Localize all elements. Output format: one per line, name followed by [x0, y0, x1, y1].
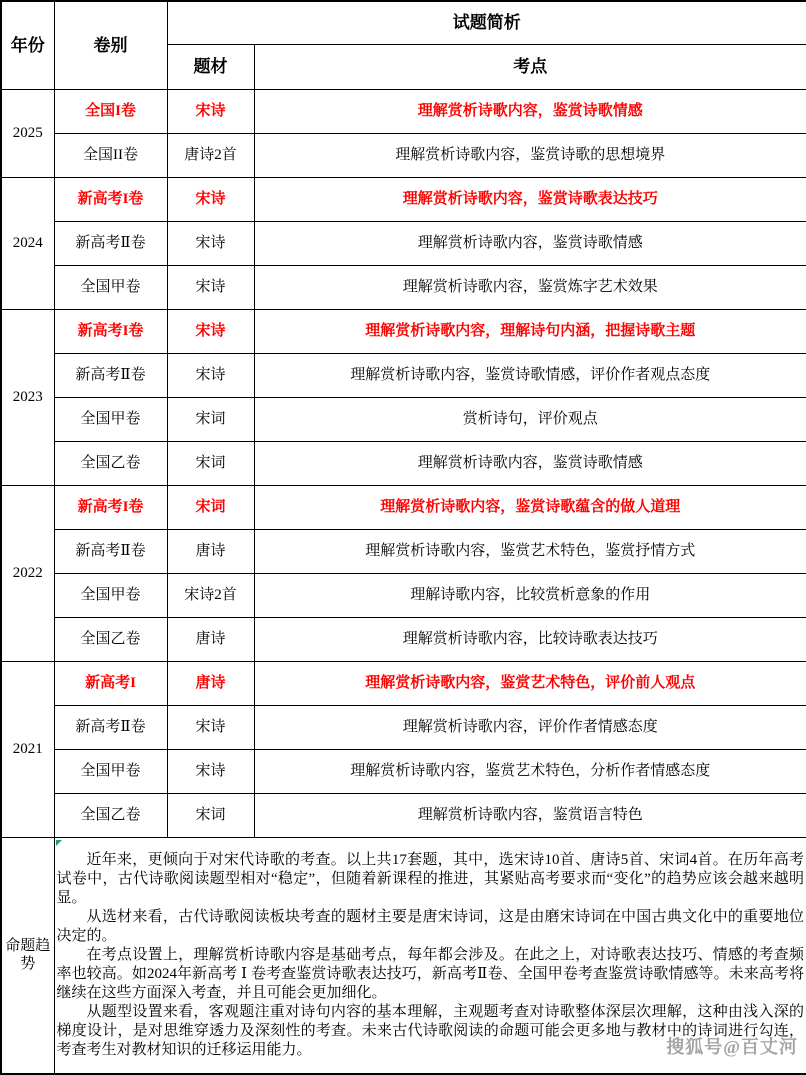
points-cell: 理解诗歌内容，比较赏析意象的作用 [254, 573, 806, 617]
points-cell: 理解赏析诗歌内容，理解诗句内涵，把握诗歌主题 [254, 309, 806, 353]
paper-cell: 全国乙卷 [54, 617, 167, 661]
trend-label-cell: 命题趋势 [1, 837, 54, 1074]
points-cell: 理解赏析诗歌内容，鉴赏诗歌情感 [254, 89, 806, 133]
points-cell: 理解赏析诗歌内容，鉴赏语言特色 [254, 793, 806, 837]
table-row: 新高考Ⅱ卷 宋诗 理解赏析诗歌内容，鉴赏诗歌情感，评价作者观点态度 [1, 353, 806, 397]
table-row: 新高考Ⅱ卷 宋诗 理解赏析诗歌内容，鉴赏诗歌情感 [1, 221, 806, 265]
paper-cell: 全国乙卷 [54, 793, 167, 837]
table-row: 全国乙卷 宋词 理解赏析诗歌内容，鉴赏诗歌情感 [1, 441, 806, 485]
subject-cell: 宋诗 [167, 265, 254, 309]
points-cell: 理解赏析诗歌内容，鉴赏诗歌蕴含的做人道理 [254, 485, 806, 529]
trend-paragraph: 近年来，更倾向于对宋代诗歌的考查。以上共17套题，其中，选宋诗10首、唐诗5首、… [57, 851, 805, 908]
subject-cell: 宋诗2首 [167, 573, 254, 617]
header-analysis-cell: 试题简析 [167, 1, 806, 44]
paper-cell: 新高考Ⅱ卷 [54, 353, 167, 397]
trend-paragraph: 从选材来看，古代诗歌阅读板块考查的题材主要是唐宋诗词，这是由磨宋诗词在中国古典文… [57, 908, 805, 946]
table-row: 全国甲卷 宋诗2首 理解诗歌内容，比较赏析意象的作用 [1, 573, 806, 617]
green-triangle-icon [56, 840, 62, 846]
paper-cell: 新高考I卷 [54, 177, 167, 221]
table-row: 新高考Ⅱ卷 宋诗 理解赏析诗歌内容，评价作者情感态度 [1, 705, 806, 749]
year-cell: 2023 [1, 309, 54, 485]
watermark: 搜狐号@百丈河 [666, 1033, 798, 1059]
points-cell: 理解赏析诗歌内容，鉴赏炼字艺术效果 [254, 265, 806, 309]
paper-cell: 新高考I卷 [54, 485, 167, 529]
header-subject-cell: 题材 [167, 44, 254, 89]
paper-cell: 新高考Ⅱ卷 [54, 221, 167, 265]
points-cell: 理解赏析诗歌内容，鉴赏诗歌情感，评价作者观点态度 [254, 353, 806, 397]
table-row: 2025 全国I卷 宋诗 理解赏析诗歌内容，鉴赏诗歌情感 [1, 89, 806, 133]
header-paper-cell: 卷别 [54, 1, 167, 89]
paper-cell: 全国乙卷 [54, 441, 167, 485]
table-row: 2022 新高考I卷 宋词 理解赏析诗歌内容，鉴赏诗歌蕴含的做人道理 [1, 485, 806, 529]
points-cell: 理解赏析诗歌内容，鉴赏艺术特色，鉴赏抒情方式 [254, 529, 806, 573]
paper-cell: 全国甲卷 [54, 265, 167, 309]
table-row: 全国乙卷 唐诗 理解赏析诗歌内容，比较诗歌表达技巧 [1, 617, 806, 661]
subject-cell: 唐诗2首 [167, 133, 254, 177]
table-row: 2024 新高考I卷 宋诗 理解赏析诗歌内容，鉴赏诗歌表达技巧 [1, 177, 806, 221]
table-row: 全国甲卷 宋诗 理解赏析诗歌内容，鉴赏炼字艺术效果 [1, 265, 806, 309]
year-cell: 2025 [1, 89, 54, 177]
points-cell: 理解赏析诗歌内容，比较诗歌表达技巧 [254, 617, 806, 661]
year-cell: 2024 [1, 177, 54, 309]
subject-cell: 宋诗 [167, 89, 254, 133]
points-cell: 理解赏析诗歌内容，鉴赏诗歌情感 [254, 221, 806, 265]
paper-cell: 新高考I [54, 661, 167, 705]
exam-analysis-page: 年份 卷别 试题简析 题材 考点 2025 全国I卷 宋诗 理解赏析诗歌内容，鉴… [0, 0, 806, 1075]
paper-cell: 新高考Ⅱ卷 [54, 529, 167, 573]
subject-cell: 宋诗 [167, 309, 254, 353]
points-cell: 理解赏析诗歌内容，评价作者情感态度 [254, 705, 806, 749]
subject-cell: 宋词 [167, 397, 254, 441]
paper-cell: 全国甲卷 [54, 573, 167, 617]
subject-cell: 宋词 [167, 793, 254, 837]
paper-cell: 新高考I卷 [54, 309, 167, 353]
table-row: 新高考Ⅱ卷 唐诗 理解赏析诗歌内容，鉴赏艺术特色，鉴赏抒情方式 [1, 529, 806, 573]
header-year-cell: 年份 [1, 1, 54, 89]
year-cell: 2021 [1, 661, 54, 837]
subject-cell: 唐诗 [167, 529, 254, 573]
points-cell: 赏析诗句，评价观点 [254, 397, 806, 441]
paper-cell: 全国I卷 [54, 89, 167, 133]
trend-paragraph: 在考点设置上，理解赏析诗歌内容是基础考点，每年都会涉及。在此之上，对诗歌表达技巧… [57, 946, 805, 1003]
subject-cell: 宋诗 [167, 705, 254, 749]
paper-cell: 全国II卷 [54, 133, 167, 177]
table-row: 全国甲卷 宋词 赏析诗句，评价观点 [1, 397, 806, 441]
subject-cell: 宋诗 [167, 749, 254, 793]
subject-cell: 宋诗 [167, 177, 254, 221]
points-cell: 理解赏析诗歌内容，鉴赏艺术特色，评价前人观点 [254, 661, 806, 705]
subject-cell: 宋词 [167, 485, 254, 529]
paper-cell: 全国甲卷 [54, 397, 167, 441]
paper-cell: 新高考Ⅱ卷 [54, 705, 167, 749]
subject-cell: 宋词 [167, 441, 254, 485]
points-cell: 理解赏析诗歌内容，鉴赏诗歌表达技巧 [254, 177, 806, 221]
table-row: 全国甲卷 宋诗 理解赏析诗歌内容，鉴赏艺术特色，分析作者情感态度 [1, 749, 806, 793]
subject-cell: 唐诗 [167, 617, 254, 661]
paper-cell: 全国甲卷 [54, 749, 167, 793]
subject-cell: 唐诗 [167, 661, 254, 705]
points-cell: 理解赏析诗歌内容，鉴赏诗歌情感 [254, 441, 806, 485]
subject-cell: 宋诗 [167, 221, 254, 265]
exam-analysis-table: 年份 卷别 试题简析 题材 考点 2025 全国I卷 宋诗 理解赏析诗歌内容，鉴… [0, 0, 806, 1075]
table-row: 全国乙卷 宋词 理解赏析诗歌内容，鉴赏语言特色 [1, 793, 806, 837]
table-row: 全国II卷 唐诗2首 理解赏析诗歌内容，鉴赏诗歌的思想境界 [1, 133, 806, 177]
subject-cell: 宋诗 [167, 353, 254, 397]
year-cell: 2022 [1, 485, 54, 661]
header-points-cell: 考点 [254, 44, 806, 89]
table-row: 2021 新高考I 唐诗 理解赏析诗歌内容，鉴赏艺术特色，评价前人观点 [1, 661, 806, 705]
points-cell: 理解赏析诗歌内容，鉴赏诗歌的思想境界 [254, 133, 806, 177]
table-row: 2023 新高考I卷 宋诗 理解赏析诗歌内容，理解诗句内涵，把握诗歌主题 [1, 309, 806, 353]
points-cell: 理解赏析诗歌内容，鉴赏艺术特色，分析作者情感态度 [254, 749, 806, 793]
